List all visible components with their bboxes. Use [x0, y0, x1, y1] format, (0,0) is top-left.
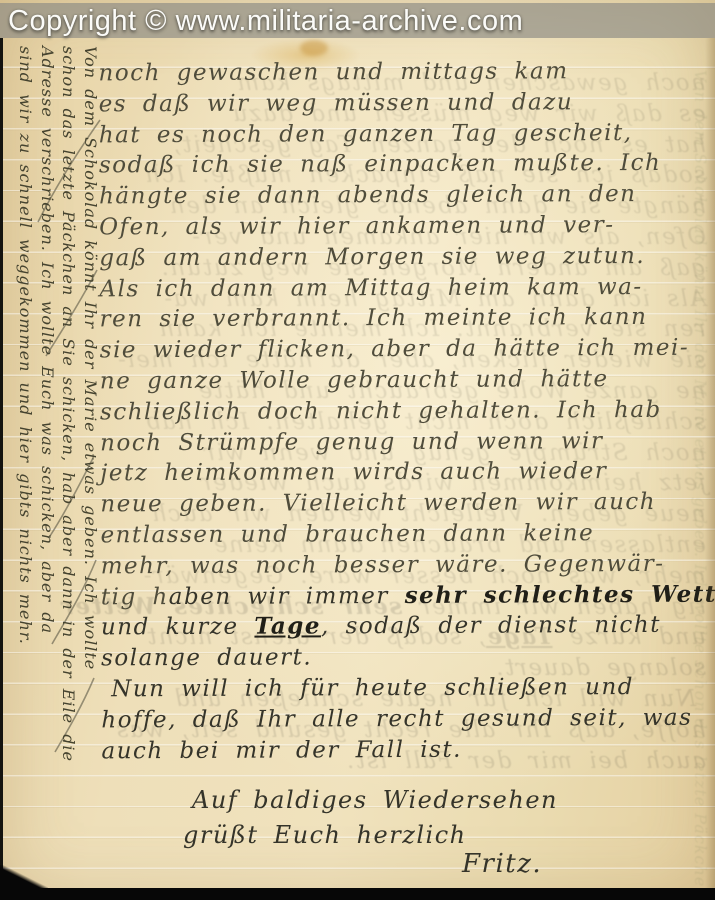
letter-line-segment: es daß wir weg müssen und dazu: [99, 89, 574, 117]
letter-line-segment: und kurze: [101, 614, 255, 641]
letter-line-segment: Nun will ich für heute schließen und: [111, 674, 634, 702]
letter-line: auch bei mir der Fall ist.: [101, 733, 713, 766]
letter-line-segment: , sodaß der dienst nicht: [321, 612, 661, 639]
letter-line: noch Strümpfe genug und wenn wir: [100, 425, 712, 458]
letter-line: sodaß ich sie naß einpacken mußte. Ich: [99, 148, 711, 181]
letter-line: hat es noch den ganzen Tag gescheit,: [99, 117, 711, 150]
margin-note-line: sind wir zu schnell weggekommen und hier…: [15, 46, 37, 890]
scan-edge-left: [0, 38, 3, 900]
letter-line-segment: hat es noch den ganzen Tag gescheit,: [99, 120, 633, 148]
letter-line: hoffe, daß Ihr alle recht gesund seit, w…: [101, 702, 713, 735]
letter-line: neue geben. Vielleicht werden wir auch: [100, 487, 712, 520]
letter-line-segment: noch gewaschen und mittags kam: [98, 58, 568, 86]
letter-line-segment: schließlich doch nicht gehalten. Ich hab: [100, 397, 662, 425]
letter-line: sie wieder flicken, aber da hätte ich me…: [100, 333, 712, 366]
letter-line: entlassen und brauchen dann keine: [100, 518, 712, 551]
letter-line-segment: Tage: [254, 613, 321, 640]
margin-note: Von dem Schokolad könnt Ihr der Marie et…: [15, 46, 101, 890]
letter-line: solange dauert.: [101, 641, 713, 674]
letter-line-segment: gaß am andern Morgen sie weg zutun.: [99, 243, 645, 271]
letter-line-segment: ren sie verbrannt. Ich meinte ich kann: [100, 304, 648, 332]
letter-line-segment: ne ganze Wolle gebraucht und hätte: [100, 366, 609, 394]
letter-line-segment: sie wieder flicken, aber da hätte ich me…: [100, 335, 690, 364]
margin-note-line: schon das letzte Päckchen an Sie schicke…: [58, 46, 80, 890]
scan-edge-bottom: [0, 888, 715, 900]
letter-line: Nun will ich für heute schließen und: [101, 672, 713, 705]
letter-line-segment: sehr schlechtes Wetter: [405, 580, 715, 608]
margin-note-line: Adresse verschrieben. Ich wollte Euch wa…: [37, 46, 59, 890]
scanned-letter-page: noch gewaschen und mittags kames daß wir…: [0, 0, 715, 900]
letter-line-segment: aben wir immer: [169, 583, 405, 610]
paper-stain-small: [300, 40, 328, 56]
letter-line-segment: hoffe, daß Ihr alle recht gesund seit, w…: [101, 704, 692, 733]
letter-line: gaß am andern Morgen sie weg zutun.: [99, 240, 711, 273]
letter-line: und kurze Tage, sodaß der dienst nicht: [101, 610, 713, 643]
letter-line: hängte sie dann abends gleich an den: [99, 179, 711, 212]
letter-line-segment: neue geben. Vielleicht werden wir auch: [100, 489, 656, 517]
letter-line-segment: tig h: [101, 584, 169, 610]
scan-edge-corner: [0, 865, 48, 889]
letter-line-segment: noch Strümpfe genug und wenn wir: [100, 428, 603, 456]
letter-line-segment: auch bei mir der Fall ist.: [101, 736, 462, 764]
letter-line-segment: jetz heimkommen wirds auch wieder: [100, 458, 607, 486]
letter-line-segment: solange dauert.: [101, 645, 312, 672]
letter-line-segment: mehr, was noch besser wäre. Gegenwär-: [101, 551, 665, 579]
letter-body: noch gewaschen und mittags kames daß wir…: [98, 56, 713, 767]
margin-note-line: Von dem Schokolad könnt Ihr der Marie et…: [80, 46, 102, 890]
letter-line-segment: sodaß ich sie naß einpacken mußte. Ich: [99, 150, 662, 178]
letter-line-segment: entlassen und brauchen dann keine: [100, 520, 594, 548]
watermark-text: Copyright © www.militaria-archive.com: [8, 5, 523, 38]
letter-line: ren sie verbrannt. Ich meinte ich kann: [100, 302, 712, 335]
letter-line-segment: Als ich dann am Mittag heim kam wa-: [99, 274, 642, 302]
letter-line: Ofen, als wir hier ankamen und ver-: [99, 210, 711, 243]
letter-line-segment: hängte sie dann abends gleich an den: [99, 181, 637, 209]
letter-line: es daß wir weg müssen und dazu: [99, 86, 711, 119]
closing-greeting: grüßt Euch herzlich: [183, 821, 467, 849]
closing-farewell: Auf baldiges Wiedersehen: [192, 786, 558, 814]
letter-line-segment: Ofen, als wir hier ankamen und ver-: [99, 212, 614, 240]
signature: Fritz.: [462, 849, 542, 879]
letter-line: ne ganze Wolle gebraucht und hätte: [100, 364, 712, 397]
letter-line: jetz heimkommen wirds auch wieder: [100, 456, 712, 489]
watermark-bar: Copyright © www.militaria-archive.com: [0, 3, 715, 38]
letter-line: schließlich doch nicht gehalten. Ich hab: [100, 394, 712, 427]
letter-line: Als ich dann am Mittag heim kam wa-: [99, 271, 711, 304]
letter-line: tig haben wir immer sehr schlechtes Wett…: [101, 579, 713, 612]
page-edge-shadow: [705, 38, 715, 888]
letter-line: mehr, was noch besser wäre. Gegenwär-: [101, 548, 713, 581]
letter-line: noch gewaschen und mittags kam: [98, 56, 710, 89]
